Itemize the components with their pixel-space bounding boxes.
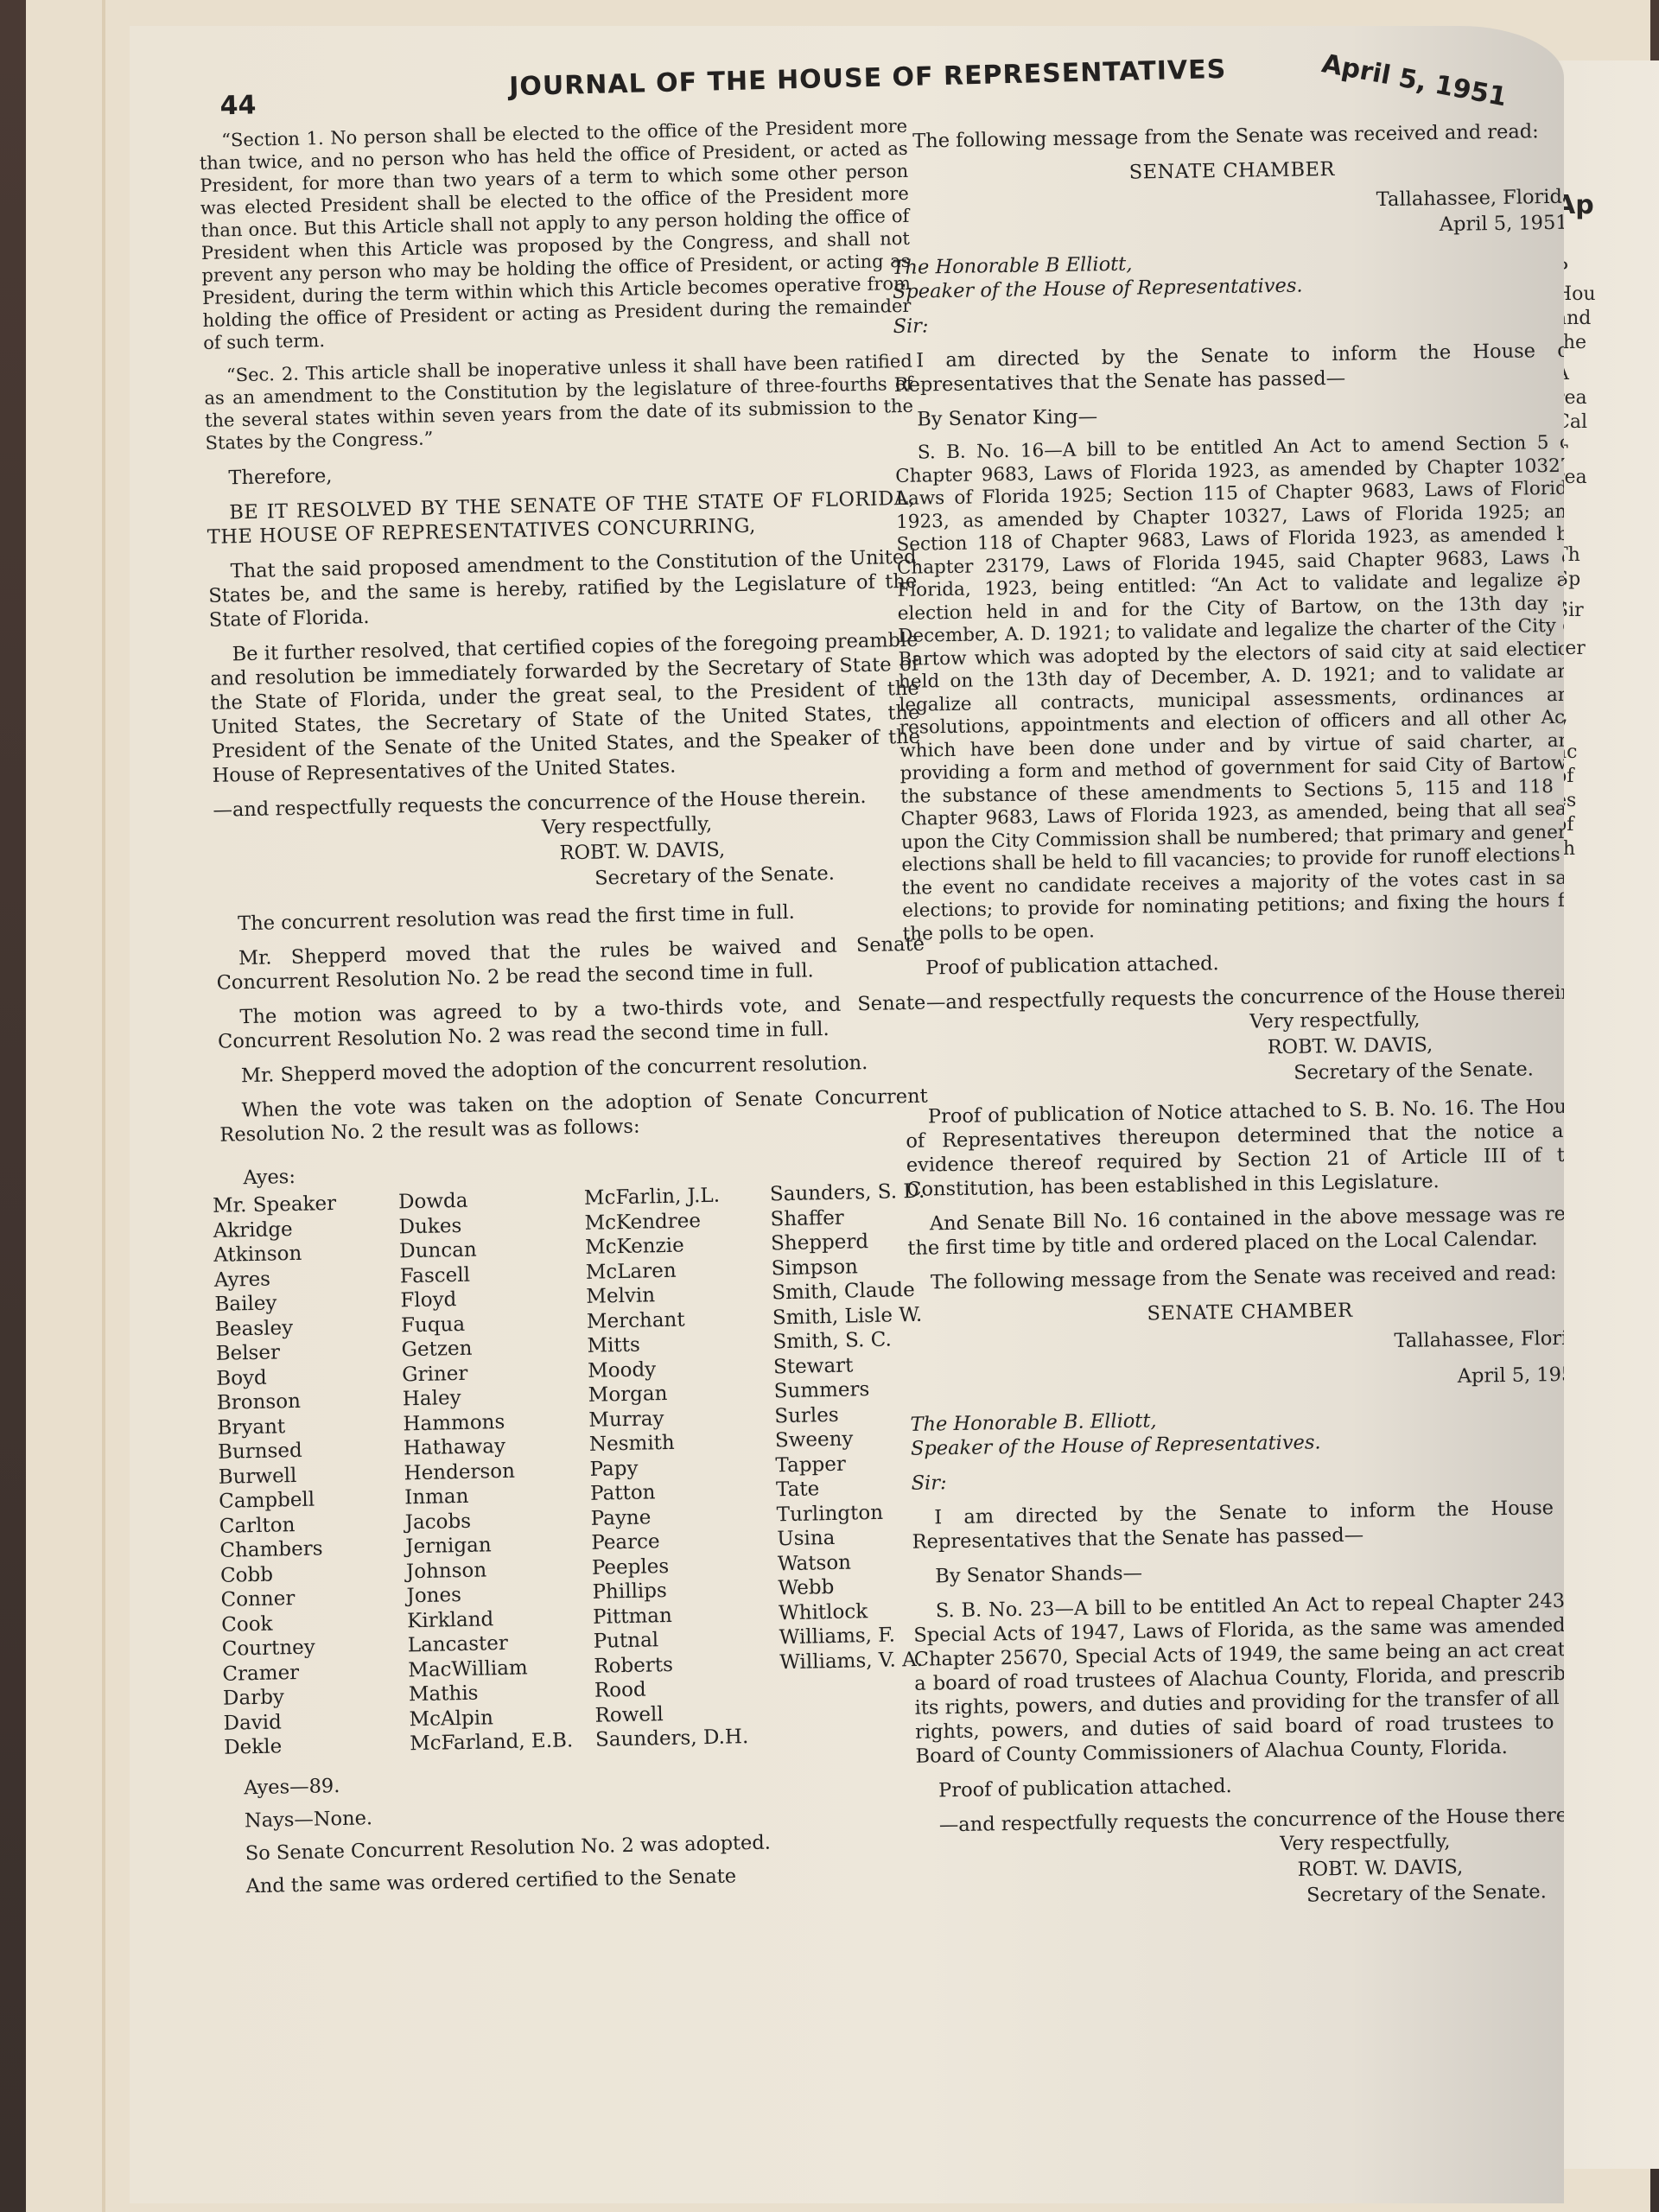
member-name: Johnson <box>406 1555 593 1584</box>
nays-total: Nays—None. <box>234 1794 943 1833</box>
message-1-salutation: Sir: <box>893 304 1564 339</box>
member-name: Mathis <box>409 1679 595 1707</box>
member-name: Getzen <box>401 1334 588 1363</box>
message-1-directed: I am directed by the Senate to inform th… <box>893 339 1564 397</box>
member-name: Carlton <box>219 1510 406 1539</box>
senate-bill-16: S. B. No. 16—A bill to be entitled An Ac… <box>895 432 1564 946</box>
first-reading: The concurrent resolution was read the f… <box>215 898 924 937</box>
member-name: David <box>223 1707 410 1736</box>
page-fold <box>102 0 105 2212</box>
member-name: Cobb <box>220 1560 407 1588</box>
member-name: Moody <box>588 1355 774 1383</box>
member-name: McAlpin <box>409 1703 595 1732</box>
member-name: Patton <box>590 1478 777 1506</box>
message-2-proof: Proof of publication attached. <box>916 1768 1564 1802</box>
member-name: Rowell <box>594 1700 781 1728</box>
member-name: Chambers <box>219 1535 406 1563</box>
member-name: Mitts <box>587 1330 773 1358</box>
member-name: Griner <box>402 1358 588 1387</box>
vote-totals: Ayes—89. Nays—None. So Senate Concurrent… <box>233 1761 944 1898</box>
proof-of-notice: Proof of publication of Notice attached … <box>906 1094 1564 1201</box>
member-name: Hammons <box>403 1408 589 1436</box>
member-name: Cook <box>221 1609 408 1637</box>
member-name: Courtney <box>222 1633 409 1662</box>
member-name: Fascell <box>400 1260 587 1288</box>
member-name: Hathaway <box>404 1433 590 1461</box>
member-name: Lancaster <box>407 1630 594 1658</box>
member-name: McFarlin, J.L. <box>584 1182 771 1211</box>
member-name: Mr. Speaker <box>213 1190 399 1218</box>
member-name: Pearce <box>591 1527 778 1555</box>
roll-call-column: DowdaDukesDuncanFascellFloydFuquaGetzenG… <box>398 1186 596 1757</box>
member-name: Phillips <box>592 1576 779 1605</box>
roll-call-list: Mr. SpeakerAkridgeAtkinsonAyresBaileyBea… <box>213 1179 942 1761</box>
message-2-intro: The following message from the Senate wa… <box>908 1260 1564 1294</box>
member-name: Melvin <box>586 1281 772 1309</box>
resolved-clause: BE IT RESOLVED BY THE SENATE OF THE STAT… <box>207 486 916 550</box>
member-name: Beasley <box>215 1313 402 1342</box>
amendment-section-1: “Section 1. No person shall be elected t… <box>199 115 912 354</box>
member-name: Jones <box>406 1580 593 1609</box>
member-name: Payne <box>590 1503 777 1531</box>
certified-statement: And the same was ordered certified to th… <box>235 1859 944 1898</box>
member-name: Atkinson <box>213 1239 400 1268</box>
right-column: The following message from the Senate wa… <box>890 119 1564 1916</box>
sb16-first-reading: And Senate Bill No. 16 contained in the … <box>907 1201 1564 1260</box>
member-name: Haley <box>403 1383 589 1412</box>
member-name: Duncan <box>399 1236 586 1264</box>
member-name: Nesmith <box>589 1428 776 1457</box>
message-1-by-senator: By Senator King— <box>894 397 1564 432</box>
member-name: Morgan <box>588 1379 774 1408</box>
member-name: Papy <box>589 1453 776 1482</box>
member-name: Burnsed <box>218 1436 404 1465</box>
further-resolved-clause: Be it further resolved, that certified c… <box>209 628 920 788</box>
member-name: Dekle <box>224 1732 410 1760</box>
member-name: Floyd <box>400 1285 587 1313</box>
message-2-by-senator: By Senator Shands— <box>912 1554 1564 1588</box>
member-name: Saunders, D.H. <box>595 1724 782 1752</box>
journal-title: JOURNAL OF THE HOUSE OF REPRESENTATIVES <box>509 54 1227 102</box>
member-name: Campbell <box>219 1485 405 1514</box>
member-name: McKenzie <box>585 1231 772 1260</box>
member-name: Henderson <box>404 1457 590 1485</box>
message-2-directed: I am directed by the Senate to inform th… <box>912 1495 1564 1554</box>
message-2-date: April 5, 1951. <box>910 1362 1564 1396</box>
ayes-total: Ayes—89. <box>233 1761 942 1800</box>
left-column: “Section 1. No person shall be elected t… <box>199 115 944 1907</box>
member-name: Ayres <box>214 1264 401 1293</box>
message-1-intro: The following message from the Senate wa… <box>890 119 1564 154</box>
member-name: Burwell <box>218 1461 404 1490</box>
motion-adopt: Mr. Shepperd moved the adoption of the c… <box>219 1050 927 1089</box>
member-name: Murray <box>588 1404 775 1433</box>
member-name: Rood <box>594 1675 781 1703</box>
member-name: McKendree <box>584 1207 771 1236</box>
page-number: 44 <box>219 90 257 121</box>
message-2-place: Tallahassee, Florida <box>909 1325 1564 1360</box>
member-name: McLaren <box>585 1256 772 1285</box>
member-name: Dowda <box>398 1186 585 1215</box>
journal-page: 44 JOURNAL OF THE HOUSE OF REPRESENTATIV… <box>130 26 1564 2203</box>
motion-waive: Mr. Shepperd moved that the rules be wai… <box>216 932 925 995</box>
member-name: McFarland, E.B. <box>410 1728 596 1757</box>
message-1-proof: Proof of publication attached. <box>903 945 1564 980</box>
member-name: Cramer <box>222 1658 409 1687</box>
member-name: Pittman <box>593 1601 779 1630</box>
amendment-text: “Section 1. No person shall be elected t… <box>199 115 914 454</box>
page-header: 44 JOURNAL OF THE HOUSE OF REPRESENTATIV… <box>130 32 1564 119</box>
amendment-section-2: “Sec. 2. This article shall be inoperati… <box>204 350 914 454</box>
motion-agreed: The motion was agreed to by a two-thirds… <box>217 991 926 1054</box>
member-name: Bryant <box>217 1412 404 1440</box>
roll-call-column: Mr. SpeakerAkridgeAtkinsonAyresBaileyBea… <box>213 1190 410 1760</box>
member-name: Jacobs <box>405 1506 592 1535</box>
message-1-chamber: SENATE CHAMBER <box>891 154 1564 188</box>
member-name: Peeples <box>592 1552 779 1580</box>
vote-intro: When the vote was taken on the adoption … <box>219 1084 928 1147</box>
member-name: Darby <box>223 1682 410 1711</box>
message-2-salutation: Sir: <box>911 1460 1564 1495</box>
member-name: Merchant <box>587 1306 773 1334</box>
member-name: Kirkland <box>407 1605 594 1633</box>
adopted-statement: So Senate Concurrent Resolution No. 2 wa… <box>234 1827 943 1866</box>
member-name: Belser <box>215 1338 402 1366</box>
member-name: Roberts <box>594 1650 780 1679</box>
member-name: Fuqua <box>401 1309 588 1338</box>
header-date: April 5, 1951 <box>1319 48 1509 112</box>
member-name: Dukes <box>398 1211 585 1239</box>
therefore: Therefore, <box>206 452 914 491</box>
member-name: Boyd <box>216 1363 403 1391</box>
ratified-clause: That the said proposed amendment to the … <box>207 545 918 632</box>
member-name: MacWilliam <box>408 1654 594 1682</box>
member-name: Conner <box>220 1584 407 1612</box>
roll-call-column: McFarlin, J.L.McKendreeMcKenzieMcLarenMe… <box>584 1182 782 1752</box>
member-name: Putnal <box>593 1625 779 1654</box>
member-name: Inman <box>404 1482 591 1510</box>
member-name: Bronson <box>217 1387 404 1415</box>
member-name: Akridge <box>213 1215 399 1243</box>
senate-bill-23: S. B. No. 23—A bill to be entitled An Ac… <box>913 1588 1564 1768</box>
member-name: Jernigan <box>405 1531 592 1560</box>
member-name: Bailey <box>214 1288 401 1317</box>
message-2-chamber: SENATE CHAMBER <box>908 1294 1564 1329</box>
